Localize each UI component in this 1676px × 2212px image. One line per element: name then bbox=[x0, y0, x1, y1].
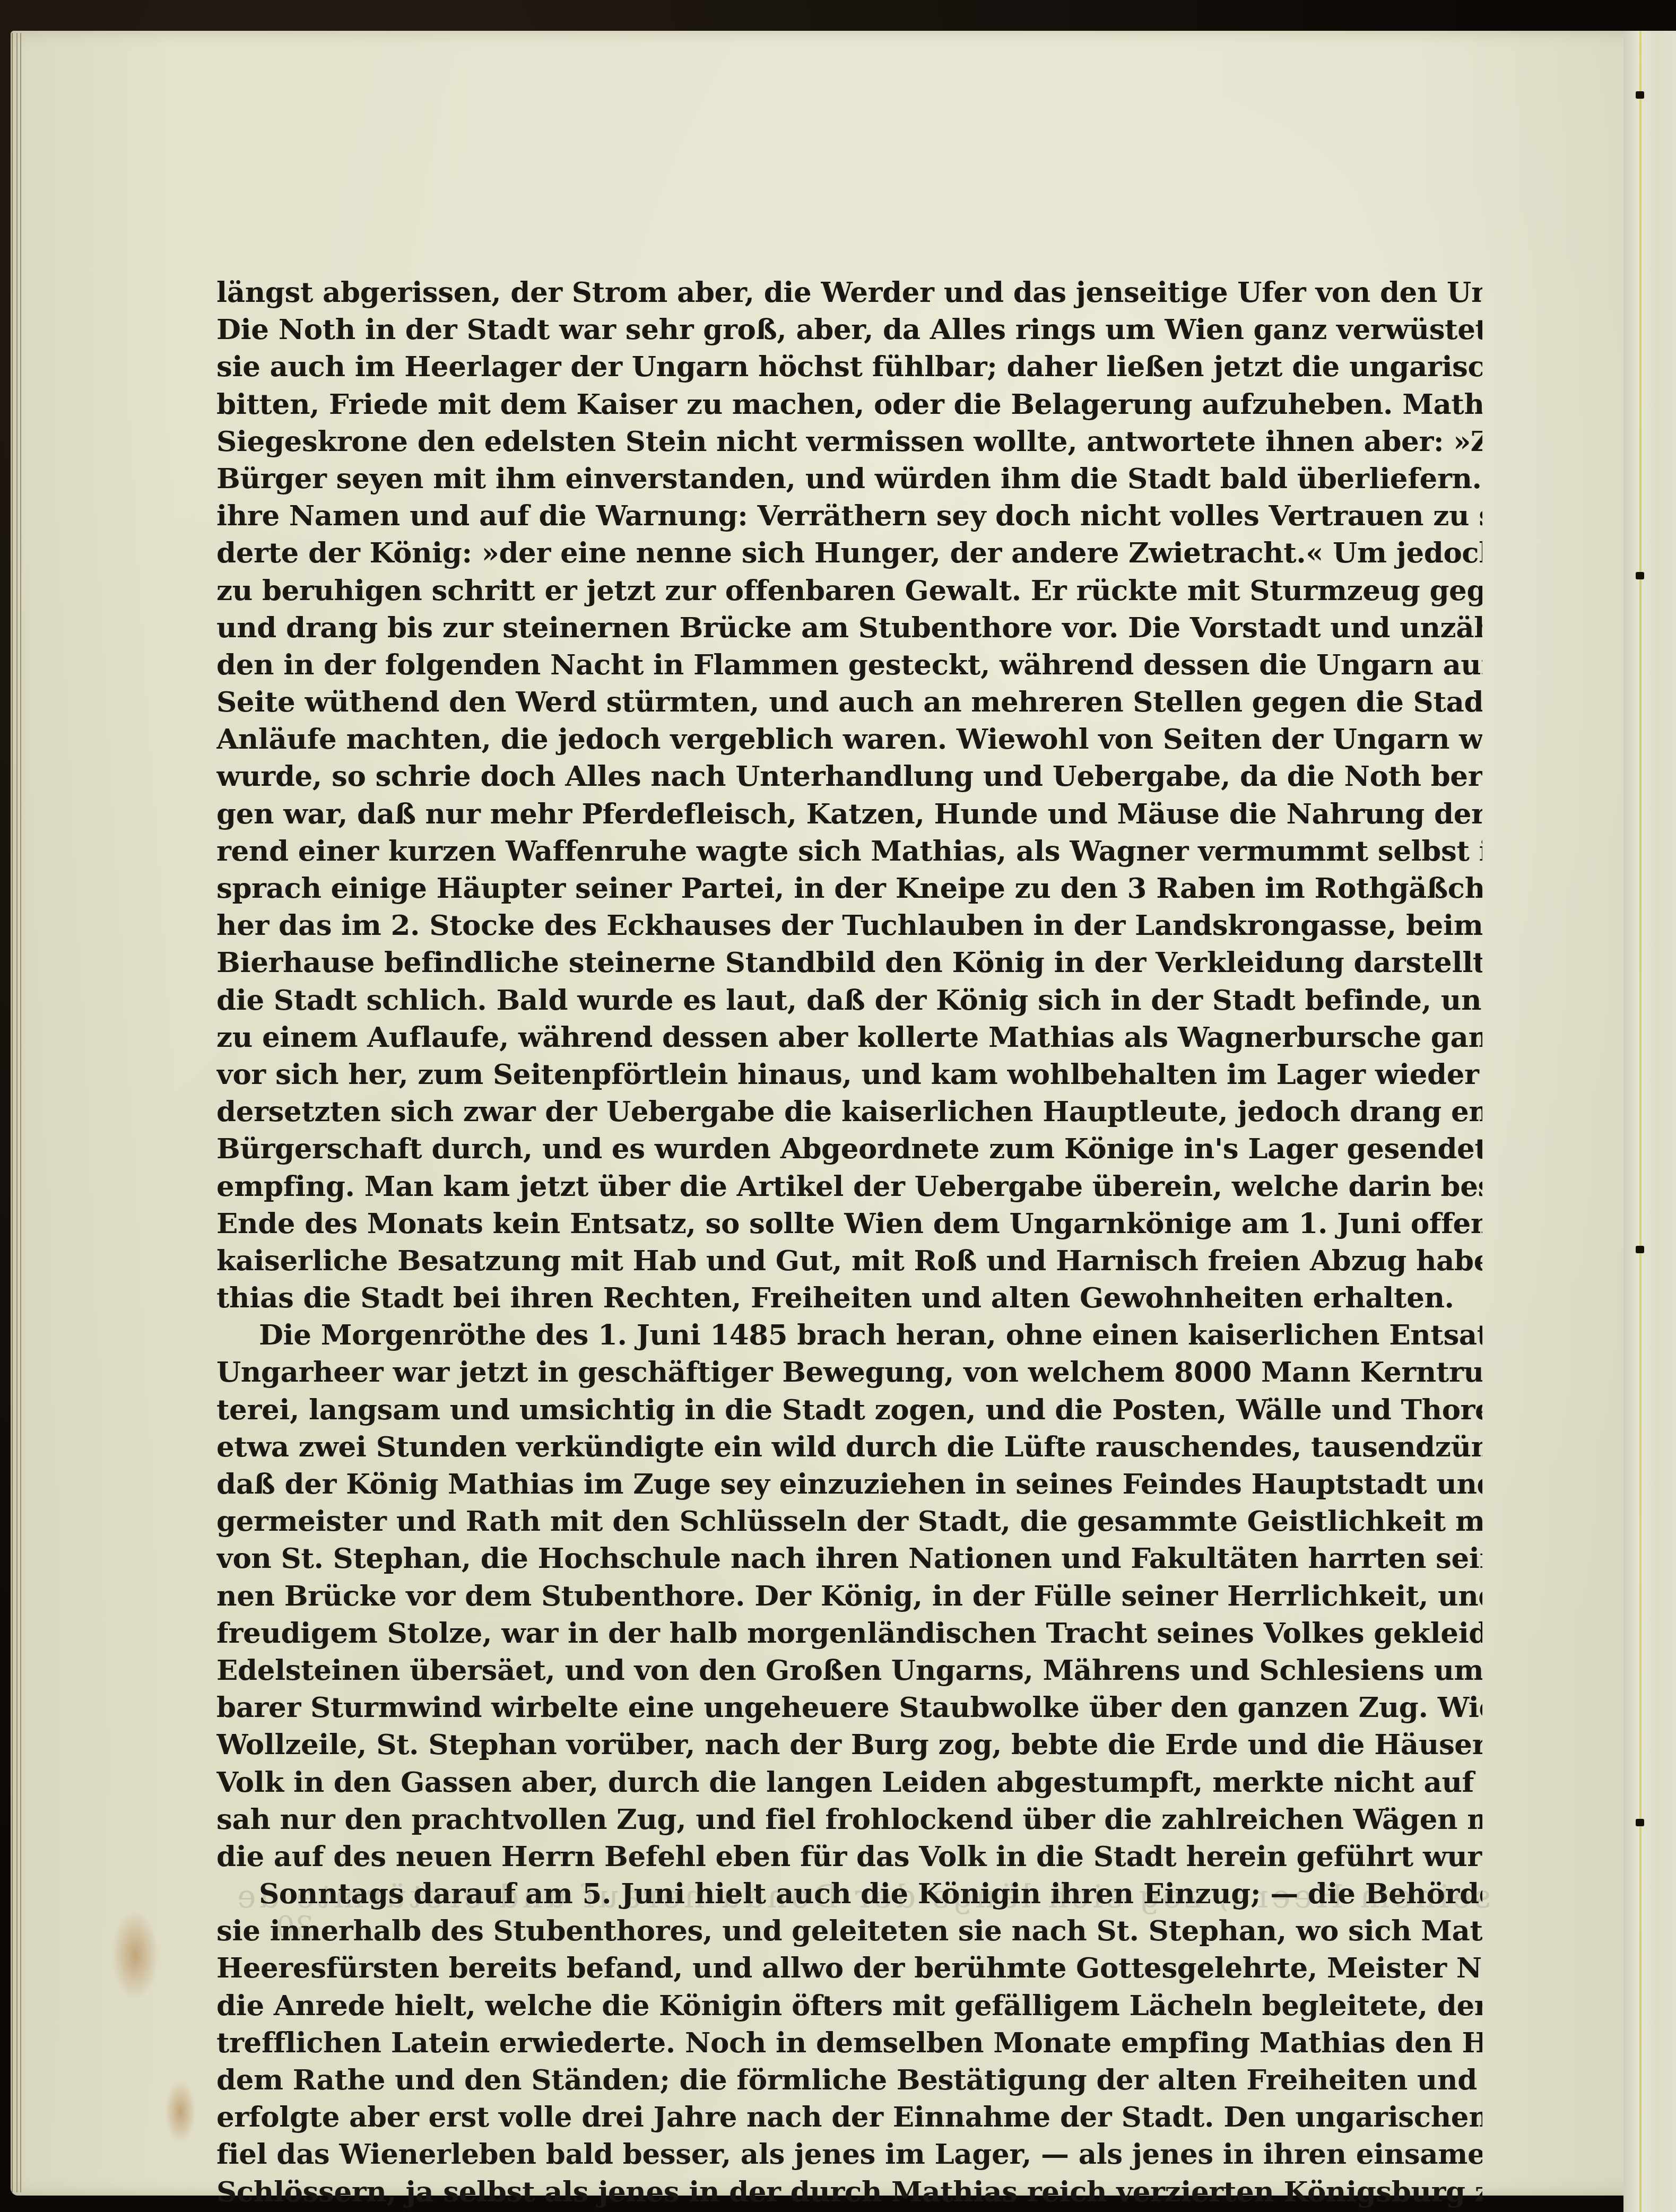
text-line: fiel das Wienerleben bald besser, als je… bbox=[216, 2136, 1482, 2173]
text-line: sprach einige Häupter seiner Partei, in … bbox=[216, 870, 1482, 907]
text-line: daß der König Mathias im Zuge sey einzuz… bbox=[216, 1465, 1482, 1503]
text-line: empfing. Man kam jetzt über die Artikel … bbox=[216, 1168, 1482, 1205]
text-line: wurde, so schrie doch Alles nach Unterha… bbox=[216, 758, 1482, 795]
text-line: ihre Namen und auf die Warnung: Verräthe… bbox=[216, 497, 1482, 534]
text-line: dem Rathe und den Ständen; die förmliche… bbox=[216, 2061, 1482, 2098]
text-line: Schlössern, ja selbst als jenes in der d… bbox=[216, 2173, 1482, 2210]
text-line: erfolgte aber erst volle drei Jahre nach… bbox=[216, 2098, 1482, 2136]
text-line: Bierhause befindliche steinerne Standbil… bbox=[216, 944, 1482, 981]
text-line: gen war, daß nur mehr Pferdefleisch, Kat… bbox=[216, 795, 1482, 832]
text-line: Ungarheer war jetzt in geschäftiger Bewe… bbox=[216, 1354, 1482, 1391]
body-text: längst abgerissen, der Strom aber, die W… bbox=[216, 274, 1482, 2210]
text-line: Volk in den Gassen aber, durch die lange… bbox=[216, 1764, 1482, 1801]
text-line: Anläufe machten, die jedoch vergeblich w… bbox=[216, 721, 1482, 758]
foxing-stain bbox=[111, 1910, 159, 2000]
binding-fold bbox=[1639, 31, 1642, 2212]
text-line: Wollzeile, St. Stephan vorüber, nach der… bbox=[216, 1726, 1482, 1763]
text-line: sie innerhalb des Stubenthores, und gele… bbox=[216, 1912, 1482, 1949]
text-line: bitten, Friede mit dem Kaiser zu machen,… bbox=[216, 386, 1482, 423]
text-line: Siegeskrone den edelsten Stein nicht ver… bbox=[216, 423, 1482, 460]
text-line: barer Sturmwind wirbelte eine ungeheuere… bbox=[216, 1689, 1482, 1726]
text-line: thias die Stadt bei ihren Rechten, Freih… bbox=[216, 1279, 1482, 1316]
text-line: etwa zwei Stunden verkündigte ein wild d… bbox=[216, 1428, 1482, 1465]
binding-hole-icon bbox=[1636, 91, 1644, 99]
text-line: her das im 2. Stocke des Eckhauses der T… bbox=[216, 907, 1482, 944]
text-line: längst abgerissen, der Strom aber, die W… bbox=[216, 274, 1482, 311]
binding-hole-icon bbox=[1636, 1819, 1644, 1826]
text-line: die Anrede hielt, welche die Königin öft… bbox=[216, 1987, 1482, 2024]
text-line: Ende des Monats kein Entsatz, so sollte … bbox=[216, 1205, 1482, 1242]
text-line: Die Morgenröthe des 1. Juni 1485 brach h… bbox=[216, 1316, 1482, 1354]
binding-hole-icon bbox=[1636, 572, 1644, 579]
binding-hole-icon bbox=[1636, 1246, 1644, 1253]
text-line: die auf des neuen Herrn Befehl eben für … bbox=[216, 1838, 1482, 1875]
text-line: dersetzten sich zwar der Uebergabe die k… bbox=[216, 1093, 1482, 1130]
text-line: Heeresfürsten bereits befand, und allwo … bbox=[216, 1949, 1482, 1987]
text-line: Sonntags darauf am 5. Juni hielt auch di… bbox=[216, 1875, 1482, 1912]
text-line: von St. Stephan, die Hochschule nach ihr… bbox=[216, 1540, 1482, 1577]
text-line: und drang bis zur steinernen Brücke am S… bbox=[216, 609, 1482, 646]
foxing-stain bbox=[164, 2080, 196, 2144]
text-line: Bürgerschaft durch, und es wurden Abgeor… bbox=[216, 1130, 1482, 1167]
text-line: vor sich her, zum Seitenpförtlein hinaus… bbox=[216, 1056, 1482, 1093]
text-line: Bürger seyen mit ihm einverstanden, und … bbox=[216, 460, 1482, 497]
text-line: nen Brücke vor dem Stubenthore. Der Köni… bbox=[216, 1577, 1482, 1615]
text-line: zu beruhigen schritt er jetzt zur offenb… bbox=[216, 572, 1482, 609]
text-line: terei, langsam und umsichtig in die Stad… bbox=[216, 1391, 1482, 1428]
text-line: derte der König: »der eine nenne sich Hu… bbox=[216, 534, 1482, 571]
text-line: trefflichen Latein erwiederte. Noch in d… bbox=[216, 2024, 1482, 2061]
text-line: freudigem Stolze, war in der halb morgen… bbox=[216, 1615, 1482, 1652]
text-line: sie auch im Heerlager der Ungarn höchst … bbox=[216, 348, 1482, 385]
text-line: sah nur den prachtvollen Zug, und fiel f… bbox=[216, 1801, 1482, 1838]
text-line: Die Noth in der Stadt war sehr groß, abe… bbox=[216, 311, 1482, 348]
facing-page-gutter bbox=[1623, 31, 1676, 2212]
text-line: Edelsteinen übersäet, und von den Großen… bbox=[216, 1652, 1482, 1689]
text-line: rend einer kurzen Waffenruhe wagte sich … bbox=[216, 832, 1482, 870]
text-line: zu einem Auflaufe, während dessen aber k… bbox=[216, 1019, 1482, 1056]
text-line: die Stadt schlich. Bald wurde es laut, d… bbox=[216, 982, 1482, 1019]
text-line: den in der folgenden Nacht in Flammen ge… bbox=[216, 646, 1482, 683]
text-line: germeister und Rath mit den Schlüsseln d… bbox=[216, 1503, 1482, 1540]
text-line: kaiserliche Besatzung mit Hab und Gut, m… bbox=[216, 1242, 1482, 1279]
page-stack-edge bbox=[12, 33, 23, 2192]
text-line: Seite wüthend den Werd stürmten, und auc… bbox=[216, 683, 1482, 721]
